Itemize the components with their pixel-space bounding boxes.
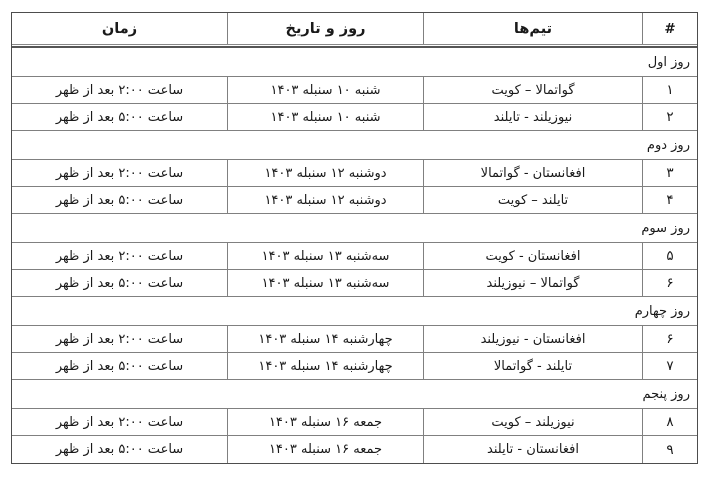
match-time: ساعت ۵:۰۰ بعد از ظهر: [12, 270, 228, 296]
match-time: ساعت ۲:۰۰ بعد از ظهر: [12, 243, 228, 269]
match-time: ساعت ۵:۰۰ بعد از ظهر: [12, 187, 228, 213]
day-section: روز سوم۵افغانستان - کویتسه‌شنبه ۱۳ سنبله…: [12, 214, 697, 297]
day-section-title: روز دوم: [12, 131, 697, 160]
match-teams: گواتمالا – کویت: [424, 77, 643, 103]
match-schedule-table: # تیم‌ها روز و تاریخ زمان روز اول۱گواتما…: [11, 12, 698, 464]
match-number: ۵: [643, 243, 697, 269]
match-teams: افغانستان - گواتمالا: [424, 160, 643, 186]
column-header-teams: تیم‌ها: [424, 13, 643, 44]
column-header-date: روز و تاریخ: [228, 13, 424, 44]
day-section: روز پنجم۸نیوزیلند – کویتجمعه ۱۶ سنبله ۱۴…: [12, 380, 697, 463]
match-teams: افغانستان - نیوزیلند: [424, 326, 643, 352]
match-time: ساعت ۲:۰۰ بعد از ظهر: [12, 409, 228, 435]
match-date: سه‌شنبه ۱۳ سنبله ۱۴۰۳: [228, 243, 424, 269]
match-number: ۶: [643, 326, 697, 352]
match-time: ساعت ۵:۰۰ بعد از ظهر: [12, 353, 228, 379]
match-row: ۵افغانستان - کویتسه‌شنبه ۱۳ سنبله ۱۴۰۳سا…: [12, 243, 697, 270]
match-date: جمعه ۱۶ سنبله ۱۴۰۳: [228, 409, 424, 435]
column-header-number: #: [643, 13, 697, 44]
match-row: ۱گواتمالا – کویتشنبه ۱۰ سنبله ۱۴۰۳ساعت ۲…: [12, 77, 697, 104]
day-section-title: روز پنجم: [12, 380, 697, 409]
match-date: چهارشنبه ۱۴ سنبله ۱۴۰۳: [228, 353, 424, 379]
match-number: ۳: [643, 160, 697, 186]
match-date: شنبه ۱۰ سنبله ۱۴۰۳: [228, 77, 424, 103]
match-row: ۶افغانستان - نیوزیلندچهارشنبه ۱۴ سنبله ۱…: [12, 326, 697, 353]
match-row: ۳افغانستان - گواتمالادوشنبه ۱۲ سنبله ۱۴۰…: [12, 160, 697, 187]
match-time: ساعت ۵:۰۰ بعد از ظهر: [12, 104, 228, 130]
match-number: ۶: [643, 270, 697, 296]
match-number: ۸: [643, 409, 697, 435]
match-row: ۸نیوزیلند – کویتجمعه ۱۶ سنبله ۱۴۰۳ساعت ۲…: [12, 409, 697, 436]
match-teams: گواتمالا – نیوزیلند: [424, 270, 643, 296]
match-number: ۱: [643, 77, 697, 103]
day-section: روز اول۱گواتمالا – کویتشنبه ۱۰ سنبله ۱۴۰…: [12, 48, 697, 131]
match-teams: نیوزیلند - تایلند: [424, 104, 643, 130]
match-row: ۹افغانستان - تایلندجمعه ۱۶ سنبله ۱۴۰۳ساع…: [12, 436, 697, 463]
match-date: سه‌شنبه ۱۳ سنبله ۱۴۰۳: [228, 270, 424, 296]
match-number: ۴: [643, 187, 697, 213]
column-header-time: زمان: [12, 13, 228, 44]
day-section-title: روز سوم: [12, 214, 697, 243]
match-number: ۲: [643, 104, 697, 130]
match-row: ۷تایلند - گواتمالاچهارشنبه ۱۴ سنبله ۱۴۰۳…: [12, 353, 697, 380]
match-row: ۲نیوزیلند - تایلندشنبه ۱۰ سنبله ۱۴۰۳ساعت…: [12, 104, 697, 131]
match-number: ۹: [643, 436, 697, 463]
match-time: ساعت ۲:۰۰ بعد از ظهر: [12, 160, 228, 186]
day-section: روز چهارم۶افغانستان - نیوزیلندچهارشنبه ۱…: [12, 297, 697, 380]
match-teams: افغانستان - تایلند: [424, 436, 643, 463]
match-time: ساعت ۲:۰۰ بعد از ظهر: [12, 77, 228, 103]
match-teams: تایلند – کویت: [424, 187, 643, 213]
table-header-row: # تیم‌ها روز و تاریخ زمان: [12, 13, 697, 45]
match-teams: تایلند - گواتمالا: [424, 353, 643, 379]
day-section-title: روز چهارم: [12, 297, 697, 326]
match-teams: نیوزیلند – کویت: [424, 409, 643, 435]
day-section-title: روز اول: [12, 48, 697, 77]
page-background: { "table": { "columns": [ { "key": "num"…: [0, 0, 710, 478]
match-number: ۷: [643, 353, 697, 379]
match-time: ساعت ۵:۰۰ بعد از ظهر: [12, 436, 228, 463]
match-time: ساعت ۲:۰۰ بعد از ظهر: [12, 326, 228, 352]
match-row: ۴تایلند – کویتدوشنبه ۱۲ سنبله ۱۴۰۳ساعت ۵…: [12, 187, 697, 214]
match-date: دوشنبه ۱۲ سنبله ۱۴۰۳: [228, 160, 424, 186]
match-date: جمعه ۱۶ سنبله ۱۴۰۳: [228, 436, 424, 463]
match-date: شنبه ۱۰ سنبله ۱۴۰۳: [228, 104, 424, 130]
match-row: ۶گواتمالا – نیوزیلندسه‌شنبه ۱۳ سنبله ۱۴۰…: [12, 270, 697, 297]
match-date: دوشنبه ۱۲ سنبله ۱۴۰۳: [228, 187, 424, 213]
sections-container: روز اول۱گواتمالا – کویتشنبه ۱۰ سنبله ۱۴۰…: [12, 48, 697, 463]
match-date: چهارشنبه ۱۴ سنبله ۱۴۰۳: [228, 326, 424, 352]
match-teams: افغانستان - کویت: [424, 243, 643, 269]
day-section: روز دوم۳افغانستان - گواتمالادوشنبه ۱۲ سن…: [12, 131, 697, 214]
